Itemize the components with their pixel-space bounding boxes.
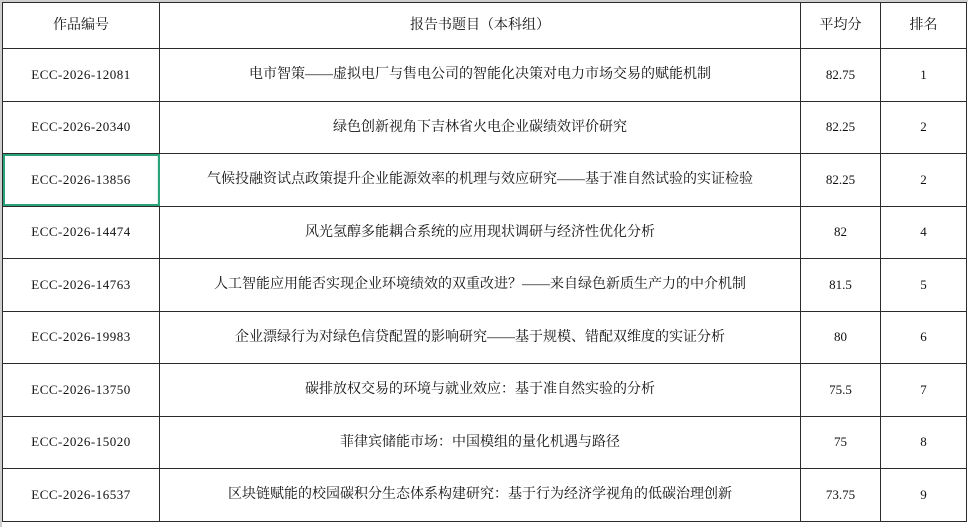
table-row: ECC-2026-14474 风光氢醇多能耦合系统的应用现状调研与经济性优化分析… [3, 206, 967, 259]
rank-cell[interactable]: 2 [881, 101, 967, 154]
selected-work-id-cell[interactable]: ECC-2026-13856 [3, 154, 160, 207]
score-cell[interactable]: 75.5 [801, 364, 881, 417]
score-cell[interactable]: 82.25 [801, 101, 881, 154]
title-cell[interactable]: 区块链赋能的校园碳积分生态体系构建研究：基于行为经济学视角的低碳治理创新 [160, 469, 801, 522]
table-row: ECC-2026-12081 电市智策——虚拟电厂与售电公司的智能化决策对电力市… [3, 49, 967, 102]
rank-cell[interactable]: 9 [881, 469, 967, 522]
title-cell[interactable]: 菲律宾储能市场：中国模组的量化机遇与路径 [160, 416, 801, 469]
rank-cell[interactable]: 6 [881, 311, 967, 364]
work-id-cell[interactable]: ECC-2026-12081 [3, 49, 160, 102]
col-header-rank[interactable]: 排名 [881, 3, 967, 49]
score-cell[interactable]: 80 [801, 311, 881, 364]
table-row: ECC-2026-13750 碳排放权交易的环境与就业效应：基于准自然实验的分析… [3, 364, 967, 417]
table-row: ECC-2026-13856 气候投融资试点政策提升企业能源效率的机理与效应研究… [3, 154, 967, 207]
rank-cell[interactable]: 8 [881, 416, 967, 469]
score-cell[interactable]: 75 [801, 416, 881, 469]
score-cell[interactable]: 82.25 [801, 154, 881, 207]
table-row: ECC-2026-19983 企业漂绿行为对绿色信贷配置的影响研究——基于规模、… [3, 311, 967, 364]
score-cell[interactable]: 82 [801, 206, 881, 259]
col-header-avg-score[interactable]: 平均分 [801, 3, 881, 49]
work-id-cell[interactable]: ECC-2026-14763 [3, 259, 160, 312]
table-row: ECC-2026-16537 区块链赋能的校园碳积分生态体系构建研究：基于行为经… [3, 469, 967, 522]
work-id-cell[interactable]: ECC-2026-15020 [3, 416, 160, 469]
score-cell[interactable]: 82.75 [801, 49, 881, 102]
rank-cell[interactable]: 7 [881, 364, 967, 417]
title-cell[interactable]: 企业漂绿行为对绿色信贷配置的影响研究——基于规模、错配双维度的实证分析 [160, 311, 801, 364]
rank-cell[interactable]: 1 [881, 49, 967, 102]
table-row: ECC-2026-15020 菲律宾储能市场：中国模组的量化机遇与路径 75 8 [3, 416, 967, 469]
col-header-title[interactable]: 报告书题目（本科组） [160, 3, 801, 49]
work-id-cell[interactable]: ECC-2026-19983 [3, 311, 160, 364]
work-id-cell[interactable]: ECC-2026-14474 [3, 206, 160, 259]
table-row: ECC-2026-14763 人工智能应用能否实现企业环境绩效的双重改进？——来… [3, 259, 967, 312]
rank-cell[interactable]: 4 [881, 206, 967, 259]
rank-cell[interactable]: 5 [881, 259, 967, 312]
score-cell[interactable]: 81.5 [801, 259, 881, 312]
title-cell[interactable]: 人工智能应用能否实现企业环境绩效的双重改进？——来自绿色新质生产力的中介机制 [160, 259, 801, 312]
header-row: 作品编号 报告书题目（本科组） 平均分 排名 [3, 3, 967, 49]
work-id-cell[interactable]: ECC-2026-13750 [3, 364, 160, 417]
table-row: ECC-2026-20340 绿色创新视角下吉林省火电企业碳绩效评价研究 82.… [3, 101, 967, 154]
work-id-cell[interactable]: ECC-2026-20340 [3, 101, 160, 154]
title-cell[interactable]: 风光氢醇多能耦合系统的应用现状调研与经济性优化分析 [160, 206, 801, 259]
title-cell[interactable]: 碳排放权交易的环境与就业效应：基于准自然实验的分析 [160, 364, 801, 417]
score-cell[interactable]: 73.75 [801, 469, 881, 522]
rank-cell[interactable]: 2 [881, 154, 967, 207]
col-header-work-id[interactable]: 作品编号 [3, 3, 160, 49]
title-cell[interactable]: 气候投融资试点政策提升企业能源效率的机理与效应研究——基于准自然试验的实证检验 [160, 154, 801, 207]
ranking-table: 作品编号 报告书题目（本科组） 平均分 排名 ECC-2026-12081 电市… [2, 2, 967, 522]
work-id-cell[interactable]: ECC-2026-16537 [3, 469, 160, 522]
title-cell[interactable]: 电市智策——虚拟电厂与售电公司的智能化决策对电力市场交易的赋能机制 [160, 49, 801, 102]
title-cell[interactable]: 绿色创新视角下吉林省火电企业碳绩效评价研究 [160, 101, 801, 154]
